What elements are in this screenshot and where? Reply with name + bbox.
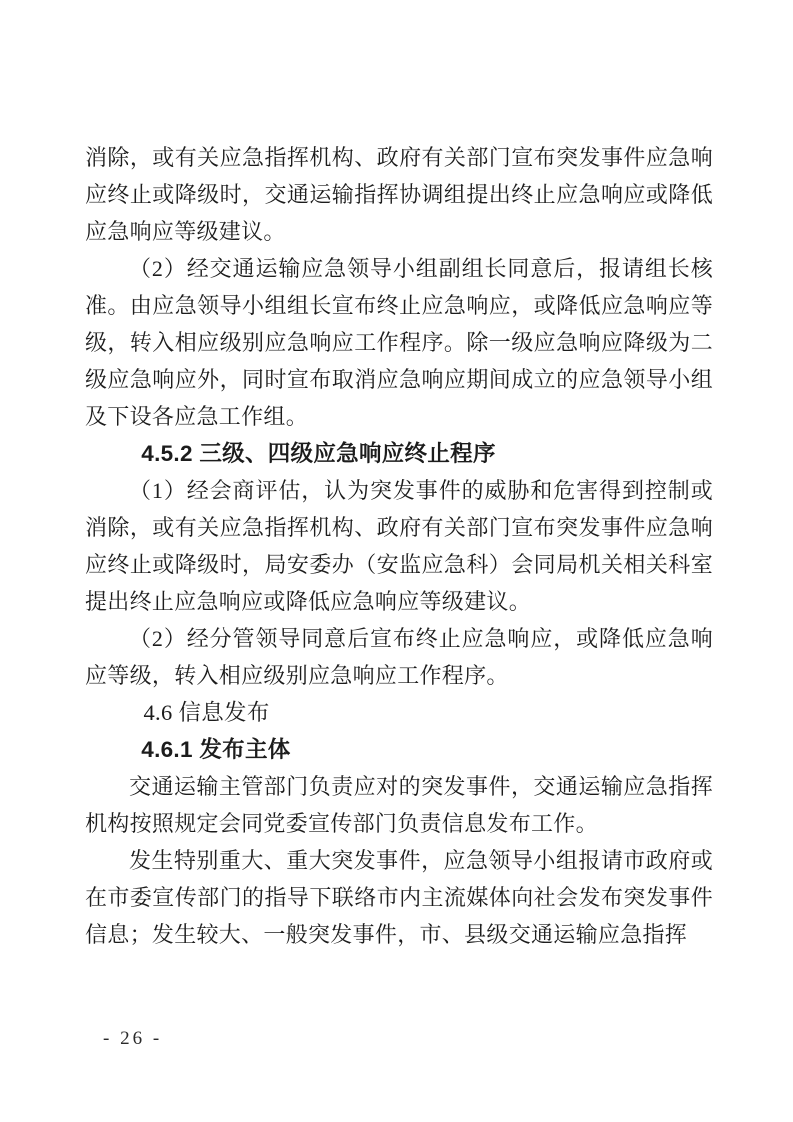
paragraph-item-2-second-section: （2）经分管领导同意后宣布终止应急响应，或降低应急响应等级，转入相应级别应急响应… [85,620,713,694]
heading-4-6-1: 4.6.1 发布主体 [85,731,713,768]
document-page: 消除，或有关应急指挥机构、政府有关部门宣布突发事件应急响应终止或降级时，交通运输… [0,0,793,1122]
heading-4-5-2: 4.5.2 三级、四级应急响应终止程序 [85,435,713,472]
paragraph-continuation: 消除，或有关应急指挥机构、政府有关部门宣布突发事件应急响应终止或降级时，交通运输… [85,139,713,250]
document-body: 消除，或有关应急指挥机构、政府有关部门宣布突发事件应急响应终止或降级时，交通运输… [85,139,713,953]
paragraph-publish-responsibility: 交通运输主管部门负责应对的突发事件，交通运输应急指挥机构按照规定会同党委宣传部门… [85,768,713,842]
page-number: - 26 - [103,1028,162,1050]
paragraph-publish-levels: 发生特别重大、重大突发事件，应急领导小组报请市政府或在市委宣传部门的指导下联络市… [85,842,713,953]
heading-4-6: 4.6 信息发布 [85,694,713,731]
paragraph-item-1-second-section: （1）经会商评估，认为突发事件的威胁和危害得到控制或消除，或有关应急指挥机构、政… [85,472,713,620]
paragraph-item-2-first-section: （2）经交通运输应急领导小组副组长同意后，报请组长核准。由应急领导小组组长宣布终… [85,250,713,435]
